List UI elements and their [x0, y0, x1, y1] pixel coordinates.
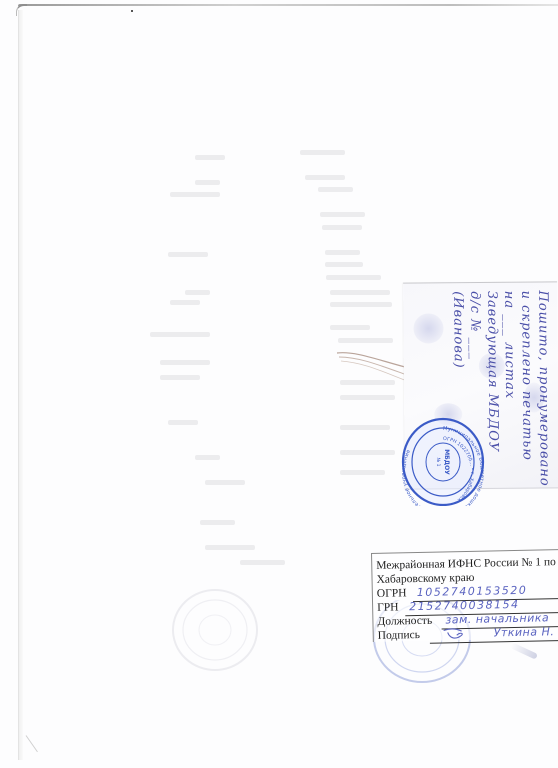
scan-edge-left [18, 10, 23, 760]
signature-name: Уткина Н. [494, 625, 555, 639]
ogrn-label: ОГРН [377, 587, 407, 600]
dust-speck [131, 10, 133, 12]
scan-edge-top [18, 4, 558, 6]
scan-smudge [510, 642, 538, 659]
svg-text:МБДОУ: МБДОУ [443, 449, 450, 475]
svg-text:№ 1: № 1 [435, 458, 441, 467]
grn-label: ГРН [377, 601, 399, 613]
grn-value: 2152740038154 [409, 598, 520, 613]
document-page: Пошито, пронумеровано и скреплено печать… [0, 0, 558, 768]
round-seal-icon: Муниципальное бюджетное дошкольное образ… [400, 410, 486, 506]
stamp-title-line-1: Межрайонная ИФНС России № 1 по [376, 556, 556, 572]
tax-registration-stamp: Межрайонная ИФНС России № 1 по Хабаровск… [371, 549, 558, 642]
faded-seal-icon [168, 585, 263, 675]
ogrn-value: 1052740153520 [417, 584, 528, 599]
scan-edge-bottom [26, 735, 38, 752]
signature-scribble-icon [442, 626, 472, 643]
position-value: зам. начальника [445, 611, 549, 626]
stamp-title-line-2: Хабаровскому краю [376, 572, 474, 586]
position-label: Должность [377, 615, 432, 628]
note-line-2: и скреплено печатью [517, 291, 536, 481]
signature-label: Подпись [378, 629, 420, 642]
note-line-1: Пошито, пронумеровано [534, 290, 553, 480]
note-line-3: на ___ листах [500, 291, 519, 481]
